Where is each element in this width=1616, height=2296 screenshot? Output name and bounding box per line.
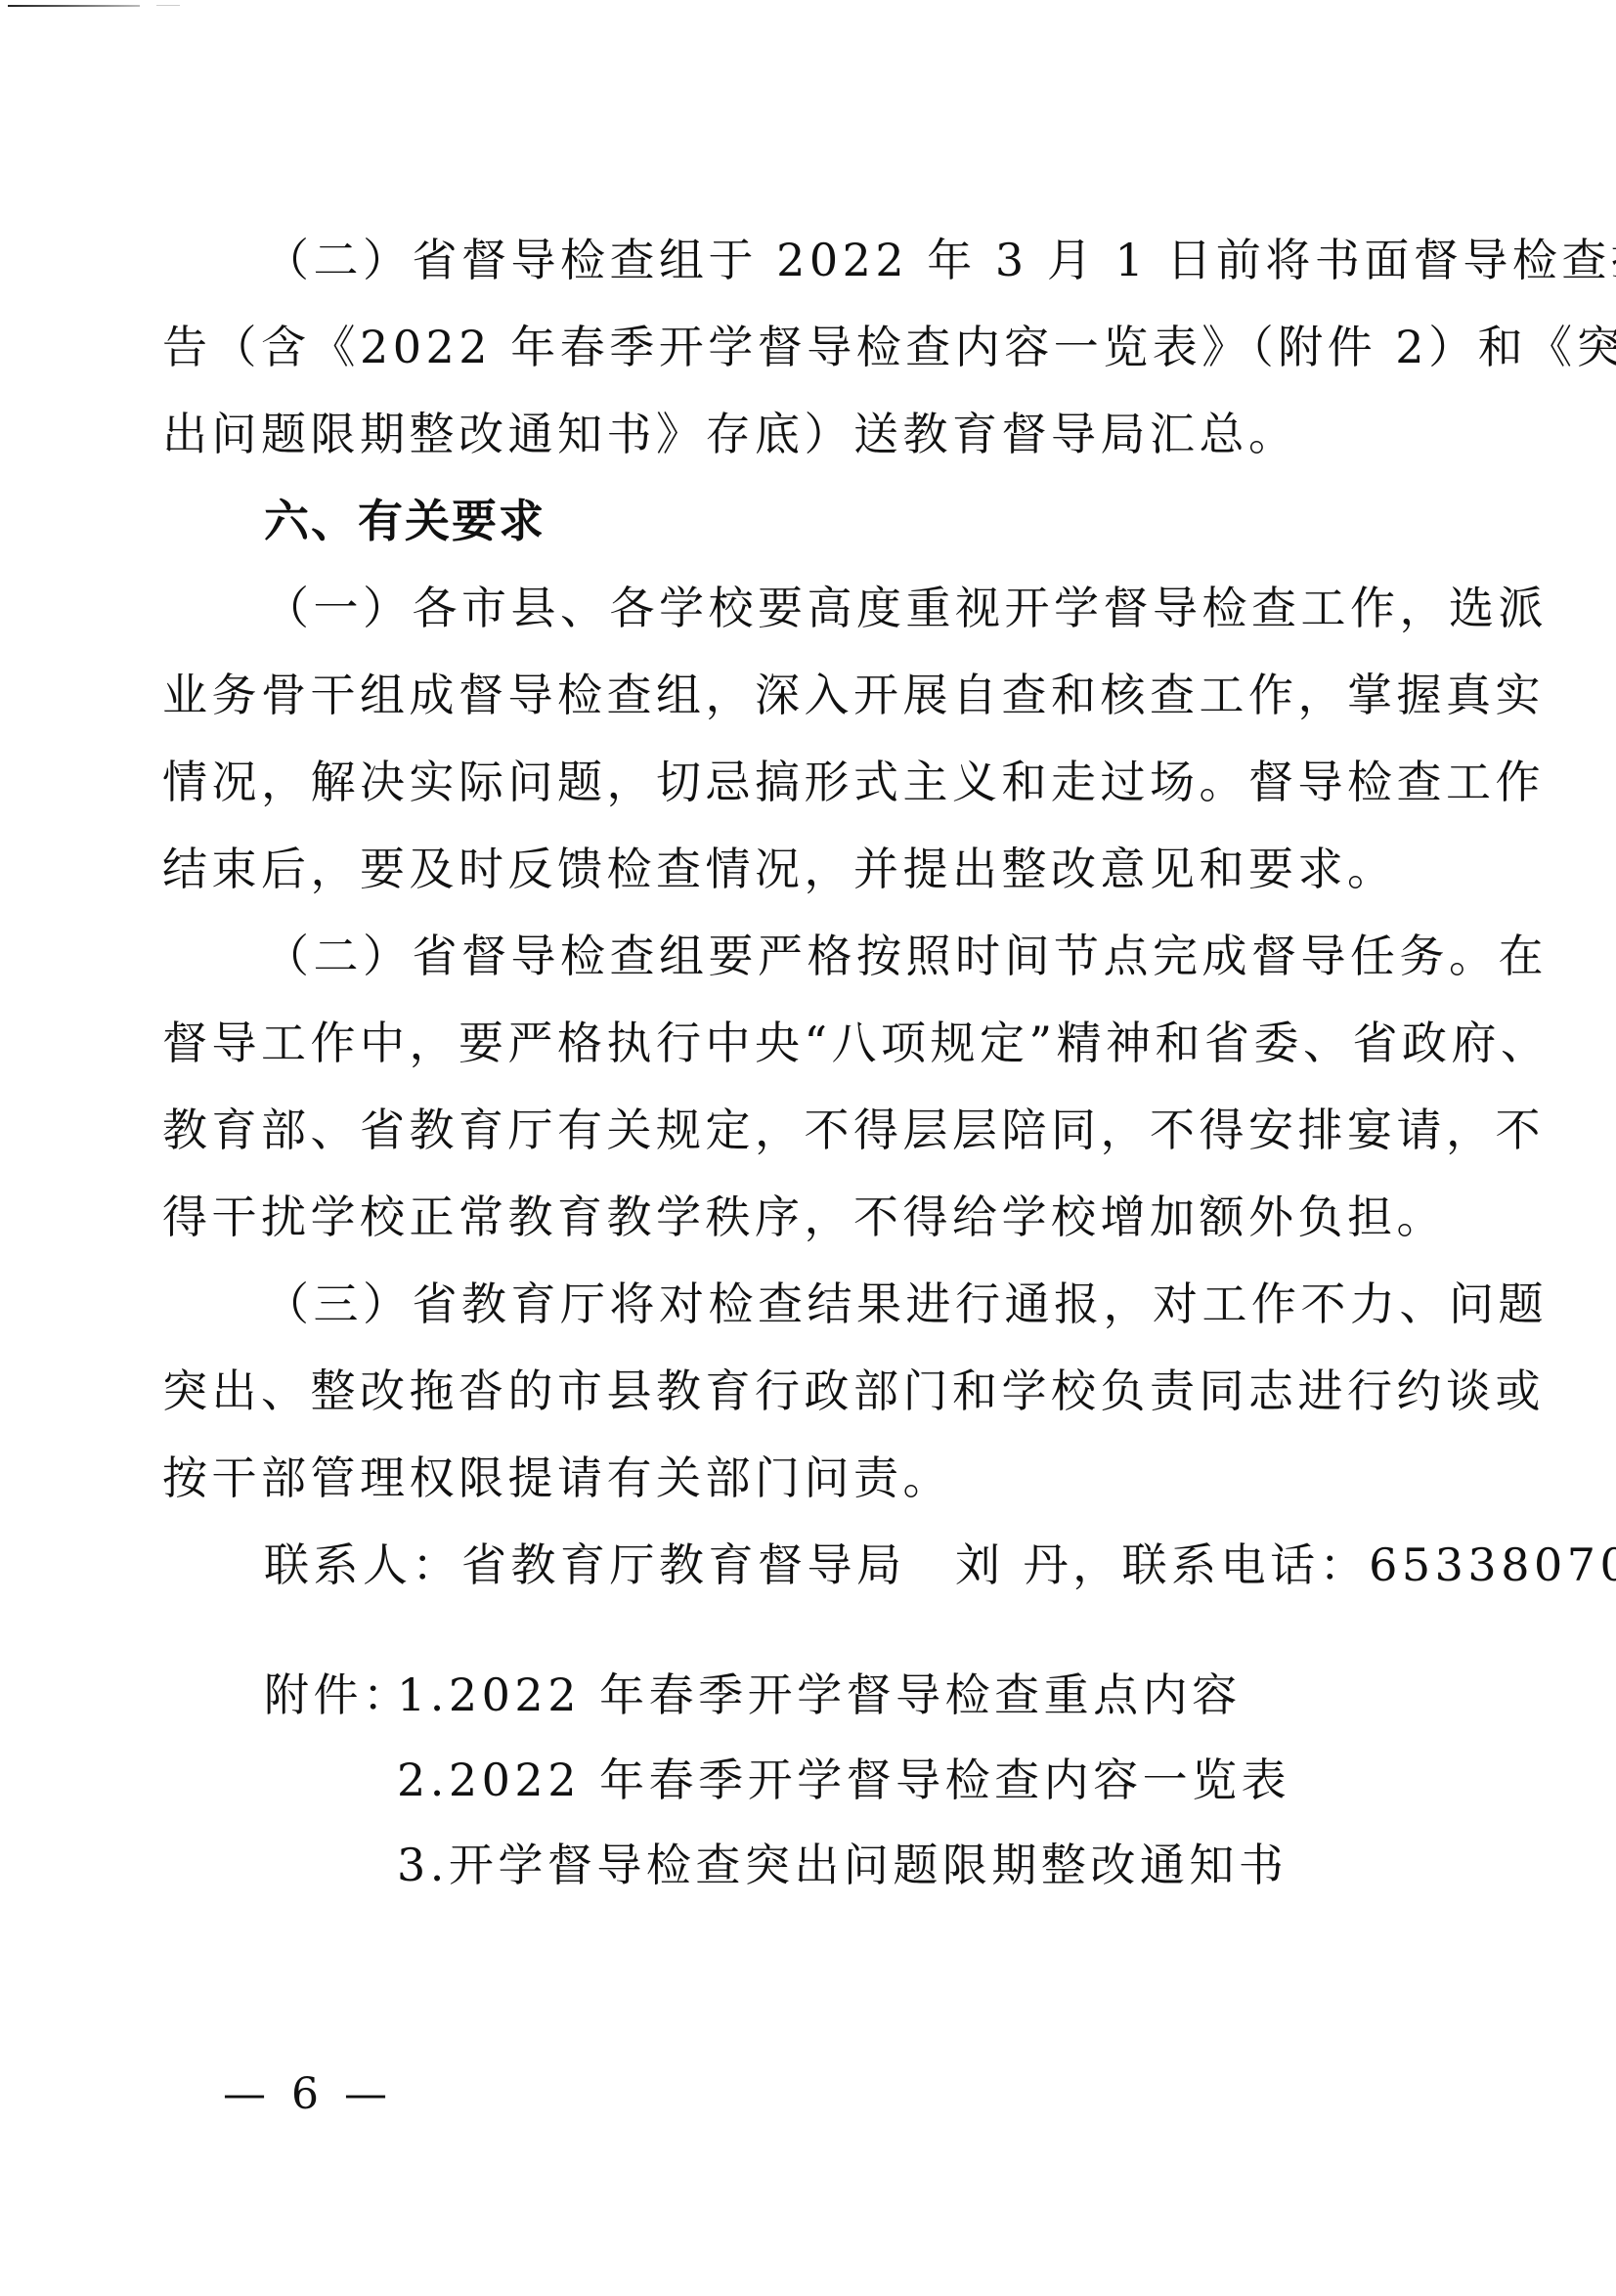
paragraph-line: 情况，解决实际问题，切忌搞形式主义和走过场。督导检查工作 bbox=[162, 753, 1545, 811]
contact-line: 联系人：省教育厅教育督导局 刘 丹，联系电话：65338070。 bbox=[264, 1536, 1616, 1594]
attachments-label: 附件： bbox=[264, 1666, 413, 1724]
paragraph-line: 业务骨干组成督导检查组，深入开展自查和核查工作，掌握真实 bbox=[162, 666, 1545, 724]
section-heading: 六、有关要求 bbox=[264, 492, 546, 550]
paragraph-line: （二）省督导检查组要严格按照时间节点完成督导任务。在 bbox=[264, 927, 1548, 985]
paragraph-line: 教育部、省教育厅有关规定，不得层层陪同，不得安排宴请，不 bbox=[162, 1101, 1545, 1159]
attachment-item: 2.2022 年春季开学督导检查内容一览表 bbox=[397, 1751, 1290, 1809]
attachment-item: 3.开学督导检查突出问题限期整改通知书 bbox=[397, 1836, 1288, 1894]
paragraph-line: （二）省督导检查组于 2022 年 3 月 1 日前将书面督导检查报 bbox=[264, 231, 1616, 289]
scan-edge-mark bbox=[8, 5, 140, 7]
scan-edge-mark bbox=[156, 5, 180, 6]
paragraph-line: 得干扰学校正常教育教学秩序，不得给学校增加额外负担。 bbox=[162, 1188, 1446, 1246]
paragraph-line: 告（含《2022 年春季开学督导检查内容一览表》（附件 2）和《突 bbox=[162, 318, 1616, 376]
paragraph-line: 突出、整改拖沓的市县教育行政部门和学校负责同志进行约谈或 bbox=[162, 1362, 1545, 1420]
attachment-item: 1.2022 年春季开学督导检查重点内容 bbox=[397, 1666, 1242, 1724]
paragraph-line: 督导工作中，要严格执行中央“八项规定”精神和省委、省政府、 bbox=[162, 1014, 1550, 1072]
paragraph-line: （三）省教育厅将对检查结果进行通报，对工作不力、问题 bbox=[264, 1275, 1548, 1333]
paragraph-line: 出问题限期整改通知书》存底）送教育督导局汇总。 bbox=[162, 405, 1298, 463]
paragraph-line: 结束后，要及时反馈检查情况，并提出整改意见和要求。 bbox=[162, 840, 1397, 898]
page-number: — 6 — bbox=[223, 2070, 393, 2119]
paragraph-line: 按干部管理权限提请有关部门问责。 bbox=[162, 1449, 952, 1507]
paragraph-line: （一）各市县、各学校要高度重视开学督导检查工作，选派 bbox=[264, 579, 1548, 637]
